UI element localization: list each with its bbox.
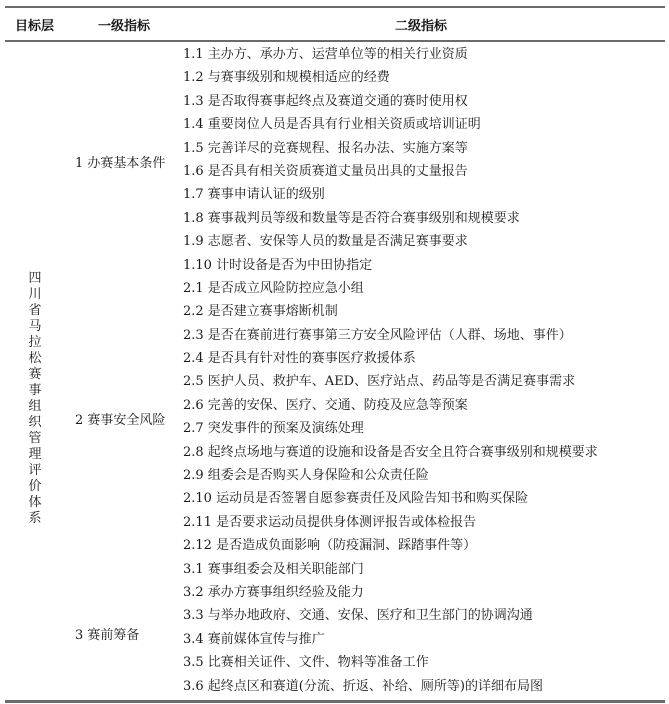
- header-level1: 一级指标: [98, 15, 150, 34]
- goal-layer-char: 价: [27, 479, 43, 495]
- level2-row: 1.3 是否取得赛事起终点及赛道交通的赛时使用权: [183, 90, 663, 113]
- goal-layer-char: 松: [27, 351, 43, 367]
- level2-row: 2.9 组委会是否购买人身保险和公众责任险: [183, 464, 663, 487]
- level2-row: 3.4 赛前媒体宣传与推广: [183, 628, 663, 651]
- level2-row: 2.4 是否具有针对性的赛事医疗救援体系: [183, 347, 663, 370]
- level2-row: 1.4 重要岗位人员是否具有行业相关资质或培训证明: [183, 113, 663, 136]
- level2-row: 2.11 是否要求运动员提供身体测评报告或体检报告: [183, 511, 663, 534]
- goal-layer-char: 管: [27, 431, 43, 447]
- goal-layer-char: 组: [27, 399, 43, 415]
- level2-row: 1.2 与赛事级别和规模相适应的经费: [183, 66, 663, 89]
- level2-row: 2.7 突发事件的预案及演练处理: [183, 417, 663, 440]
- goal-layer-char: 赛: [27, 367, 43, 383]
- goal-layer-char: 事: [27, 383, 43, 399]
- goal-layer-vertical-text: 四川省马拉松赛事组织管理评价体系: [27, 271, 43, 527]
- level2-row: 1.9 志愿者、安保等人员的数量是否满足赛事要求: [183, 230, 663, 253]
- level2-row: 2.1 是否成立风险防控应急小组: [183, 277, 663, 300]
- level2-row: 2.12 是否造成负面影响（防疫漏洞、踩踏事件等）: [183, 534, 663, 557]
- level2-row: 2.3 是否在赛前进行赛事第三方安全风险评估（人群、场地、事件）: [183, 324, 663, 347]
- level2-row: 3.2 承办方赛事组织经验及能力: [183, 581, 663, 604]
- goal-layer-char: 四: [27, 271, 43, 287]
- header-rule: [5, 40, 665, 42]
- goal-layer-char: 马: [27, 319, 43, 335]
- level2-row: 1.10 计时设备是否为中田协指定: [183, 254, 663, 277]
- level2-row: 1.7 赛事申请认证的级别: [183, 183, 663, 206]
- level2-list: 1.1 主办方、承办方、运营单位等的相关行业资质 1.2 与赛事级别和规模相适应…: [183, 43, 663, 698]
- goal-layer-char: 系: [27, 511, 43, 527]
- level2-row: 1.6 是否具有相关资质赛道丈量员出具的丈量报告: [183, 160, 663, 183]
- header-level2: 二级指标: [395, 15, 447, 34]
- level2-row: 2.10 运动员是否签署自愿参赛责任及风险告知书和购买保险: [183, 487, 663, 510]
- top-rule: [5, 6, 665, 8]
- bottom-rule: [5, 700, 665, 703]
- level2-row: 3.6 起终点区和赛道(分流、折返、补给、厕所等)的详细布局图: [183, 675, 663, 698]
- level2-row: 1.1 主办方、承办方、运营单位等的相关行业资质: [183, 43, 663, 66]
- level1-item-3: 3 赛前筹备: [75, 624, 195, 643]
- level2-row: 2.2 是否建立赛事熔断机制: [183, 300, 663, 323]
- goal-layer-char: 织: [27, 415, 43, 431]
- level2-row: 2.6 完善的安保、医疗、交通、防疫及应急等预案: [183, 394, 663, 417]
- level2-row: 1.5 完善详尽的竞赛规程、报名办法、实施方案等: [183, 137, 663, 160]
- level2-row: 3.1 赛事组委会及相关职能部门: [183, 558, 663, 581]
- level2-row: 2.8 起终点场地与赛道的设施和设备是否安全且符合赛事级别和规模要求: [183, 441, 663, 464]
- goal-layer-char: 评: [27, 463, 43, 479]
- level1-item-2: 2 赛事安全风险: [75, 409, 195, 428]
- level1-item-1: 1 办赛基本条件: [75, 152, 195, 171]
- level2-row: 3.3 与举办地政府、交通、安保、医疗和卫生部门的协调沟通: [183, 604, 663, 627]
- goal-layer-char: 省: [27, 303, 43, 319]
- goal-layer-char: 理: [27, 447, 43, 463]
- level2-row: 1.8 赛事裁判员等级和数量等是否符合赛事级别和规模要求: [183, 207, 663, 230]
- goal-layer-char: 拉: [27, 335, 43, 351]
- header-goal-layer: 目标层: [15, 15, 54, 34]
- level2-row: 3.5 比赛相关证件、文件、物料等准备工作: [183, 651, 663, 674]
- goal-layer-char: 体: [27, 495, 43, 511]
- goal-layer-char: 川: [27, 287, 43, 303]
- level2-row: 2.5 医护人员、救护车、AED、医疗站点、药品等是否满足赛事需求: [183, 370, 663, 393]
